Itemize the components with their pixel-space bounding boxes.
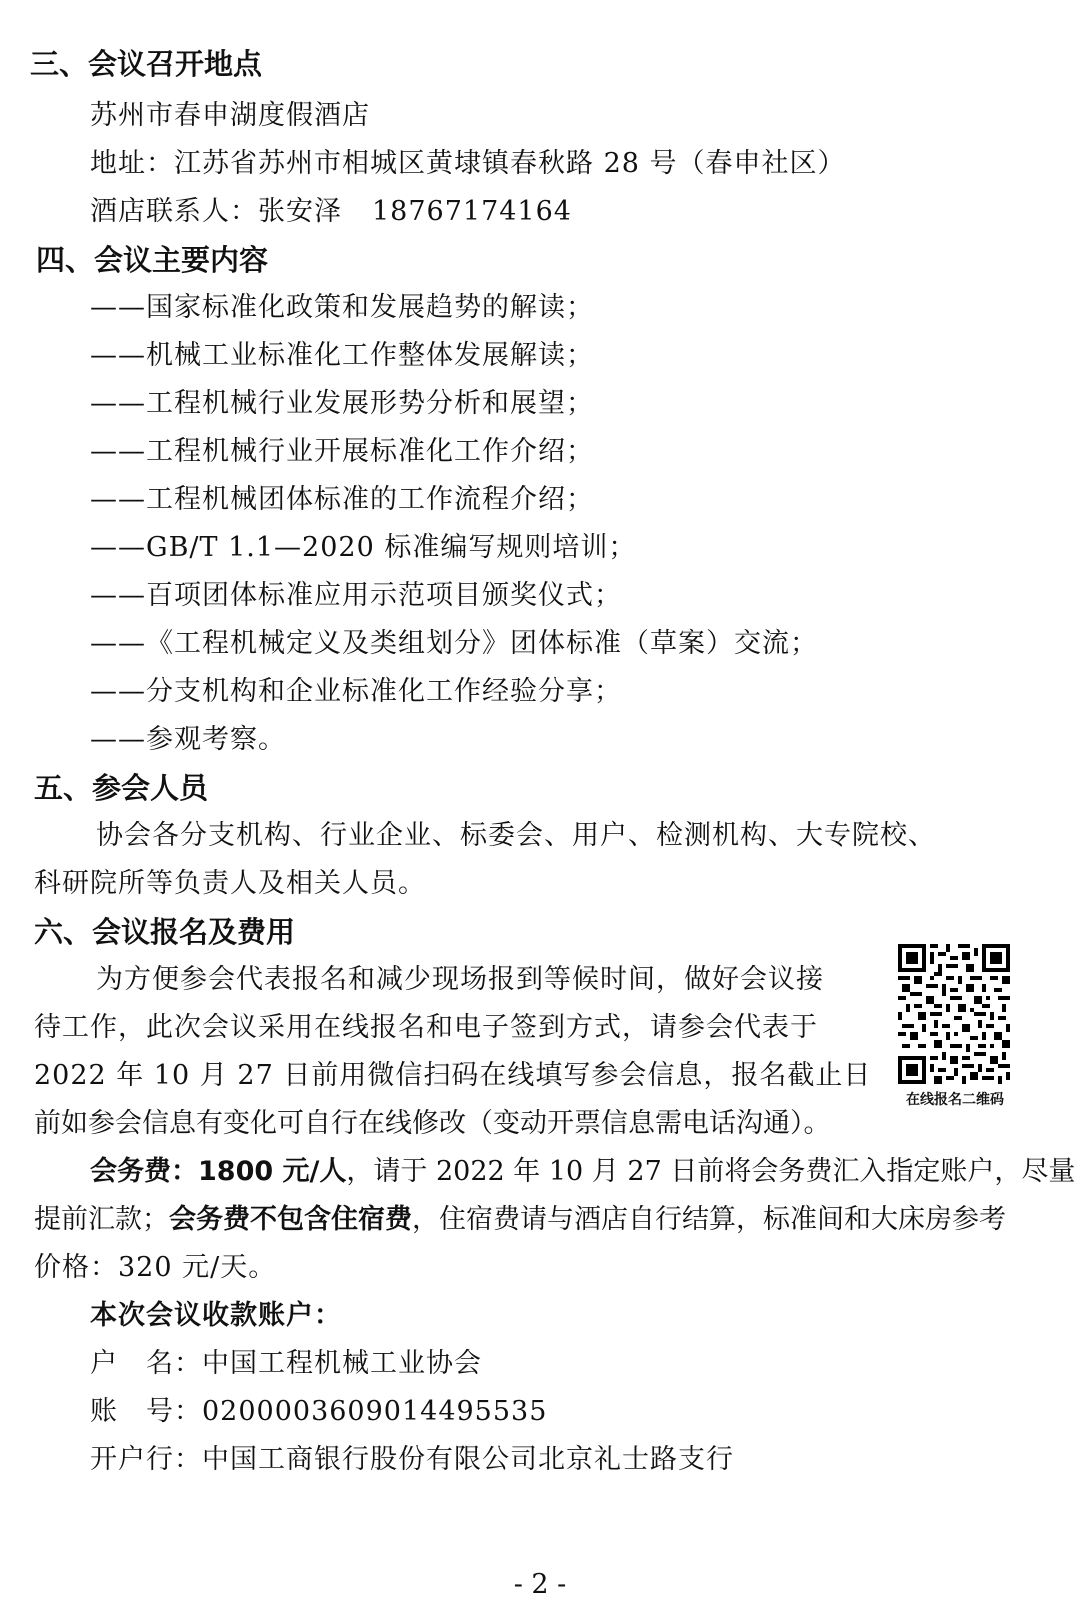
agenda-item: ——国家标准化政策和发展趋势的解读； bbox=[90, 290, 594, 326]
registration-qr-code[interactable] bbox=[898, 944, 1010, 1084]
section-5-heading: 五、参会人员 bbox=[34, 770, 208, 806]
account-bank: 开户行：中国工商银行股份有限公司北京礼士路支行 bbox=[90, 1442, 734, 1478]
section-6-heading: 六、会议报名及费用 bbox=[34, 914, 295, 950]
section-3-heading: 三、会议召开地点 bbox=[30, 46, 262, 82]
account-name-label: 户 名： bbox=[90, 1348, 202, 1379]
hotel-name: 苏州市春申湖度假酒店 bbox=[90, 98, 370, 134]
account-number: 账 号：0200003609014495535 bbox=[90, 1394, 547, 1430]
qr-caption: 在线报名二维码 bbox=[906, 1091, 1004, 1109]
agenda-item: ——百项团体标准应用示范项目颁奖仪式； bbox=[90, 578, 622, 614]
hotel-contact: 酒店联系人：张安泽18767174164 bbox=[90, 194, 572, 230]
account-heading: 本次会议收款账户： bbox=[90, 1298, 342, 1334]
section-4-heading: 四、会议主要内容 bbox=[36, 242, 268, 278]
fee-line-2: 提前汇款；会务费不包含住宿费，住宿费请与酒店自行结算，标准间和大床房参考 bbox=[34, 1202, 1006, 1238]
account-number-label: 账 号： bbox=[90, 1396, 202, 1427]
attendees-text: 协会各分支机构、行业企业、标委会、用户、检测机构、大专院校、 bbox=[96, 818, 936, 854]
account-name: 户 名：中国工程机械工业协会 bbox=[90, 1346, 482, 1382]
agenda-item: ——《工程机械定义及类组划分》团体标准（草案）交流； bbox=[90, 626, 818, 662]
registration-text: 为方便参会代表报名和减少现场报到等候时间，做好会议接 bbox=[96, 962, 824, 998]
fee-accommodation-text: ，住宿费请与酒店自行结算，标准间和大床房参考 bbox=[412, 1204, 1006, 1235]
fee-amount: 会务费：1800 元/人 bbox=[90, 1156, 346, 1187]
page-number: - 2 - bbox=[0, 1567, 1080, 1603]
agenda-item: ——工程机械团体标准的工作流程介绍； bbox=[90, 482, 594, 518]
hotel-address: 地址：江苏省苏州市相城区黄埭镇春秋路 28 号（春申社区） bbox=[90, 146, 846, 182]
account-bank-value: 中国工商银行股份有限公司北京礼士路支行 bbox=[202, 1444, 734, 1475]
agenda-item: ——参观考察。 bbox=[90, 722, 286, 758]
registration-text: 2022 年 10 月 27 日前用微信扫码在线填写参会信息，报名截止日 bbox=[34, 1058, 871, 1094]
document-page: 三、会议召开地点 苏州市春申湖度假酒店 地址：江苏省苏州市相城区黄埭镇春秋路 2… bbox=[0, 0, 1080, 1621]
fee-line-1: 会务费：1800 元/人，请于 2022 年 10 月 27 日前将会务费汇入指… bbox=[90, 1154, 1075, 1190]
registration-text: 待工作，此次会议采用在线报名和电子签到方式，请参会代表于 bbox=[34, 1010, 818, 1046]
hotel-contact-phone: 18767174164 bbox=[372, 196, 572, 227]
account-name-value: 中国工程机械工业协会 bbox=[202, 1348, 482, 1379]
fee-text: ，请于 2022 年 10 月 27 日前将会务费汇入指定账户，尽量 bbox=[346, 1156, 1075, 1187]
attendees-text: 科研院所等负责人及相关人员。 bbox=[34, 866, 426, 902]
agenda-item: ——机械工业标准化工作整体发展解读； bbox=[90, 338, 594, 374]
fee-prefix: 提前汇款； bbox=[34, 1204, 169, 1235]
agenda-item: ——GB/T 1.1—2020 标准编写规则培训； bbox=[90, 530, 636, 566]
agenda-item: ——工程机械行业开展标准化工作介绍； bbox=[90, 434, 594, 470]
hotel-contact-label: 酒店联系人：张安泽 bbox=[90, 196, 342, 227]
qr-code-icon bbox=[898, 944, 1010, 1084]
fee-exclusion-note: 会务费不包含住宿费 bbox=[169, 1204, 412, 1235]
agenda-item: ——工程机械行业发展形势分析和展望； bbox=[90, 386, 594, 422]
room-price: 价格：320 元/天。 bbox=[34, 1250, 276, 1286]
registration-text: 前如参会信息有变化可自行在线修改（变动开票信息需电话沟通）。 bbox=[34, 1106, 831, 1142]
agenda-item: ——分支机构和企业标准化工作经验分享； bbox=[90, 674, 622, 710]
account-bank-label: 开户行： bbox=[90, 1444, 202, 1475]
account-number-value: 0200003609014495535 bbox=[202, 1396, 547, 1427]
